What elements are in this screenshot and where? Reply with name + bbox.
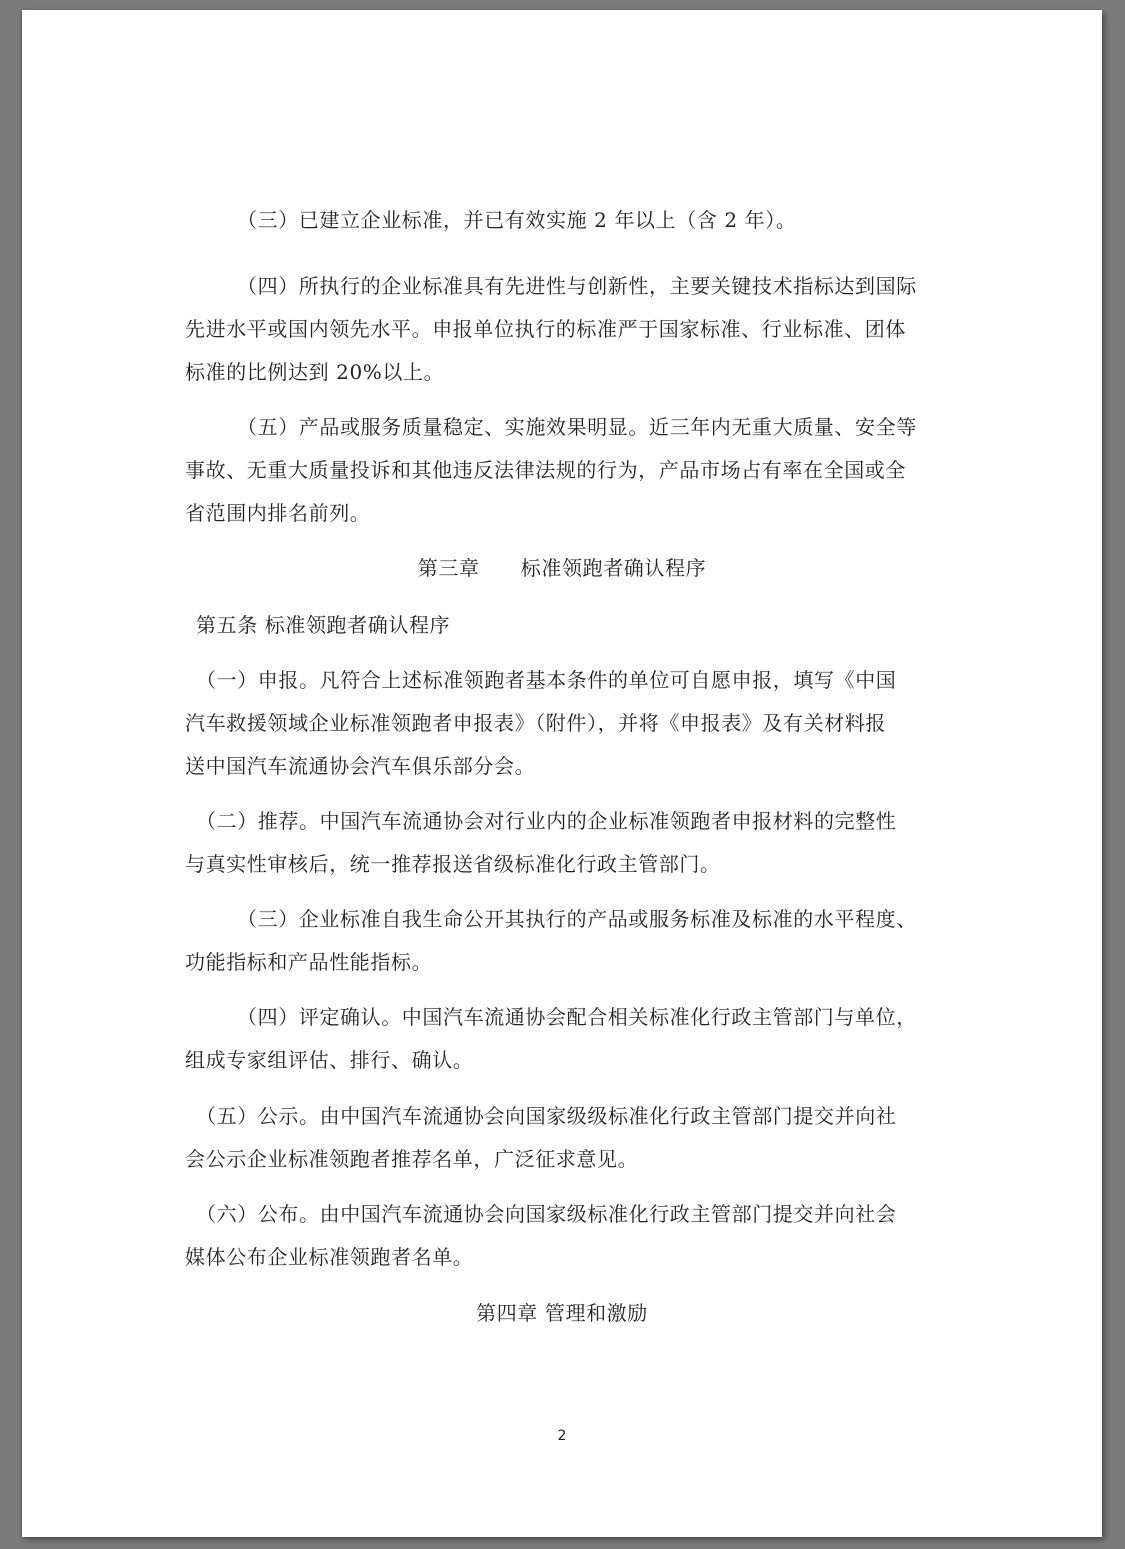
step-3-line-1: （三）企业标准自我生命公开其执行的产品或服务标准及标准的水平程度、: [237, 906, 917, 932]
chapter-3-heading: 第三章 标准领跑者确认程序: [22, 555, 1102, 581]
criteria-4-line-3: 标准的比例达到 20%以上。: [185, 359, 444, 385]
criteria-4-line-1: （四）所执行的企业标准具有先进性与创新性，主要关键技术指标达到国际: [237, 273, 917, 299]
step-6-line-2: 媒体公布企业标准领跑者名单。: [185, 1244, 473, 1270]
step-3-line-2: 功能指标和产品性能指标。: [185, 949, 432, 975]
step-4-line-1: （四）评定确认。中国汽车流通协会配合相关标准化行政主管部门与单位，: [237, 1004, 917, 1030]
page-number: 2: [22, 1428, 1102, 1444]
chapter-4-heading: 第四章 管理和激励: [22, 1300, 1102, 1326]
step-5-line-2: 会公示企业标准领跑者推荐名单，广泛征求意见。: [185, 1146, 638, 1172]
criteria-5-line-3: 省范围内排名前列。: [185, 500, 370, 526]
criteria-5-line-1: （五）产品或服务质量稳定、实施效果明显。近三年内无重大质量、安全等: [237, 414, 917, 440]
step-1-line-2: 汽车救援领域企业标准领跑者申报表》（附件），并将《申报表》及有关材料报: [185, 710, 886, 736]
criteria-5-line-2: 事故、无重大质量投诉和其他违反法律法规的行为，产品市场占有率在全国或全: [185, 457, 906, 483]
article-5-heading: 第五条 标准领跑者确认程序: [196, 612, 450, 638]
criteria-4-line-2: 先进水平或国内领先水平。申报单位执行的标准严于国家标准、行业标准、团体: [185, 316, 906, 342]
step-5-line-1: （五）公示。由中国汽车流通协会向国家级级标准化行政主管部门提交并向社: [196, 1103, 896, 1129]
step-1-line-1: （一）申报。凡符合上述标准领跑者基本条件的单位可自愿申报，填写《中国: [196, 667, 896, 693]
step-2-line-1: （二）推荐。中国汽车流通协会对行业内的企业标准领跑者申报材料的完整性: [196, 808, 896, 834]
step-2-line-2: 与真实性审核后，统一推荐报送省级标准化行政主管部门。: [185, 851, 721, 877]
step-6-line-1: （六）公布。由中国汽车流通协会向国家级标准化行政主管部门提交并向社会: [196, 1201, 896, 1227]
step-1-line-3: 送中国汽车流通协会汽车俱乐部分会。: [185, 753, 535, 779]
step-4-line-2: 组成专家组评估、排行、确认。: [185, 1047, 473, 1073]
document-page: （三）已建立企业标准，并已有效实施 2 年以上（含 2 年）。 （四）所执行的企…: [22, 10, 1102, 1537]
criteria-3-line-1: （三）已建立企业标准，并已有效实施 2 年以上（含 2 年）。: [237, 207, 796, 233]
